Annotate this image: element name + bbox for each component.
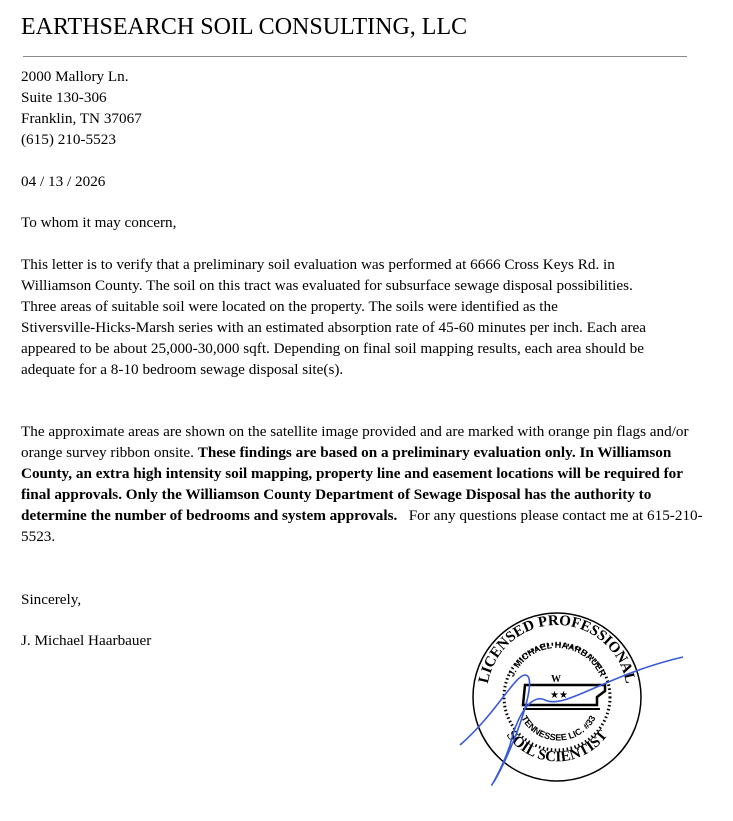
address-block: 2000 Mallory Ln. Suite 130-306 Franklin,… bbox=[21, 66, 142, 150]
paragraph-line: adequate for a 8-10 bedroom sewage dispo… bbox=[21, 359, 701, 380]
closing: Sincerely, bbox=[21, 589, 81, 610]
seal-inner-top-text: J. MICHAEL HAARBAUER bbox=[506, 640, 608, 679]
seal-inner-bottom-text: TENNESSEE LIC. #33 bbox=[519, 714, 597, 743]
paragraph-line: This letter is to verify that a prelimin… bbox=[21, 254, 701, 275]
company-name: EARTHSEARCH SOIL CONSULTING, LLC bbox=[21, 14, 467, 41]
address-city: Franklin, TN 37067 bbox=[21, 108, 142, 129]
svg-text:TENNESSEE LIC. #33: TENNESSEE LIC. #33 bbox=[519, 714, 597, 743]
address-street: 2000 Mallory Ln. bbox=[21, 66, 142, 87]
paragraph-line: Three areas of suitable soil were locate… bbox=[21, 296, 701, 317]
paragraph-evaluation: This letter is to verify that a prelimin… bbox=[21, 254, 701, 380]
signatory-name: J. Michael Haarbauer bbox=[21, 630, 151, 651]
paragraph-line: Stiversville-Hicks-Marsh series with an … bbox=[21, 317, 701, 338]
salutation: To whom it may concern, bbox=[21, 212, 176, 233]
paragraph-line: appeared to be about 25,000-30,000 sqft.… bbox=[21, 338, 701, 359]
paragraph-findings: The approximate areas are shown on the s… bbox=[21, 421, 711, 547]
svg-text:J. MICHAEL HAARBAUER: J. MICHAEL HAARBAUER bbox=[506, 640, 608, 679]
letter-date: 04 / 13 / 2026 bbox=[21, 171, 105, 192]
address-suite: Suite 130-306 bbox=[21, 87, 142, 108]
address-phone: (615) 210-5523 bbox=[21, 129, 142, 150]
professional-seal-icon: LICENSED PROFESSIONAL SOIL SCIENTIST J. … bbox=[455, 605, 695, 795]
svg-text:W: W bbox=[551, 674, 561, 685]
header-divider bbox=[23, 56, 687, 57]
paragraph-line: Williamson County. The soil on this trac… bbox=[21, 275, 701, 296]
